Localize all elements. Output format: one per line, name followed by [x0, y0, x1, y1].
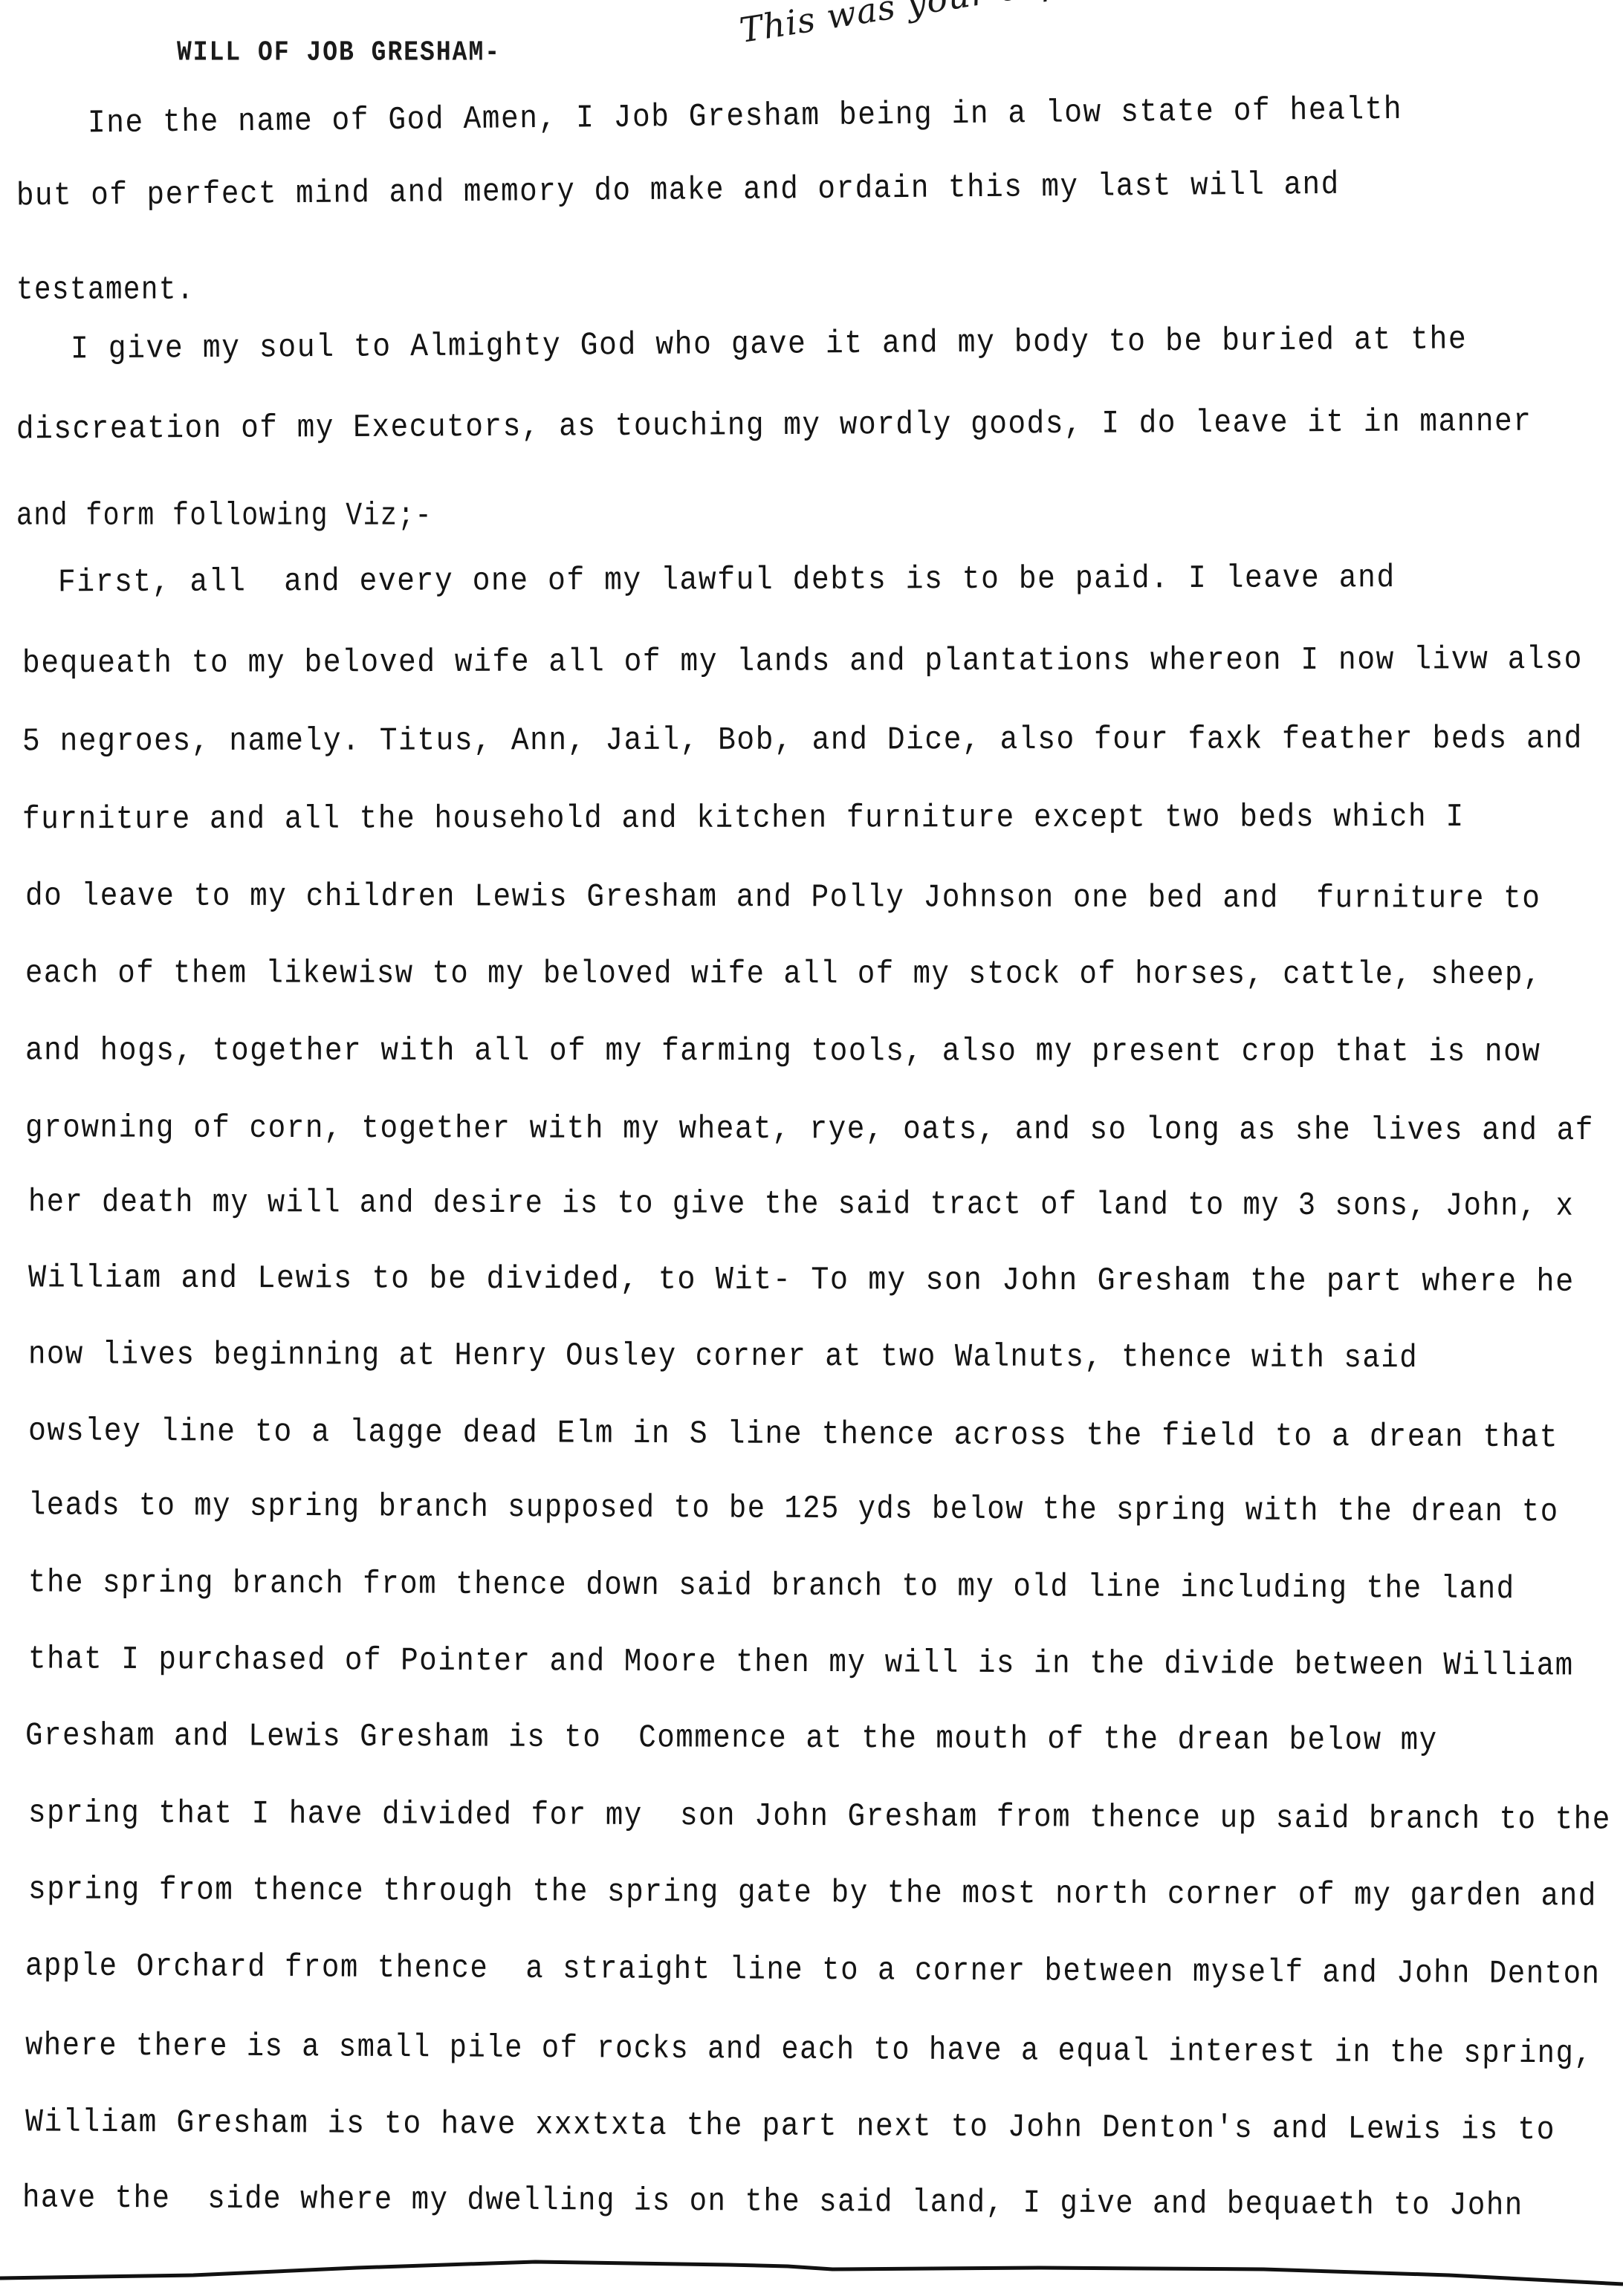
will-line: do leave to my children Lewis Gresham an… — [25, 881, 1541, 915]
will-line: have the side where my dwelling is on th… — [22, 2182, 1523, 2222]
document-page: WILL OF JOB GRESHAM- This was your copy-… — [0, 0, 1623, 2296]
will-line: and hogs, together with all of my farmin… — [25, 1035, 1541, 1068]
will-line: Gresham and Lewis Gresham is to Commence… — [25, 1720, 1438, 1757]
will-line: growning of corn, together with my wheat… — [25, 1112, 1594, 1147]
will-line: and form following Viz;- — [16, 500, 433, 533]
document-title: WILL OF JOB GRESHAM- — [177, 36, 501, 68]
will-line: but of perfect mind and memory do make a… — [16, 169, 1340, 213]
will-line: where there is a small pile of rocks and… — [25, 2030, 1593, 2071]
will-line: each of them likewisw to my beloved wife… — [25, 958, 1542, 991]
will-line: now lives beginning at Henry Ousley corn… — [28, 1339, 1418, 1375]
handwritten-note: This was your copy- — [737, 0, 1097, 51]
will-line: William and Lewis to be divided, to Wit-… — [28, 1262, 1575, 1299]
will-line: owsley line to a lagge dead Elm in S lin… — [28, 1415, 1558, 1455]
will-line: discreation of my Executors, as touching… — [16, 406, 1532, 446]
will-line: that I purchased of Pointer and Moore th… — [28, 1644, 1574, 1683]
will-line: the spring branch from thence down said … — [28, 1567, 1515, 1606]
will-line: Ine the name of God Amen, I Job Gresham … — [88, 94, 1403, 140]
will-line: William Gresham is to have xxxtxta the p… — [25, 2107, 1555, 2147]
will-line: leads to my spring branch supposed to be… — [28, 1490, 1559, 1529]
will-line: I give my soul to Almighty God who gave … — [71, 324, 1468, 366]
page-bottom-edge — [0, 2259, 1623, 2289]
will-line: testament. — [16, 274, 195, 307]
will-line: her death my will and desire is to give … — [28, 1187, 1574, 1223]
will-line: bequeath to my beloved wife all of my la… — [22, 644, 1583, 681]
will-line: spring from thence through the spring ga… — [28, 1874, 1597, 1913]
will-line: First, all and every one of my lawful de… — [58, 562, 1396, 600]
will-line: furniture and all the household and kitc… — [22, 802, 1465, 837]
will-line: spring that I have divided for my son Jo… — [28, 1797, 1611, 1837]
will-line: 5 negroes, namely. Titus, Ann, Jail, Bob… — [22, 723, 1583, 758]
will-line: apple Orchard from thence a straight lin… — [25, 1950, 1601, 1991]
